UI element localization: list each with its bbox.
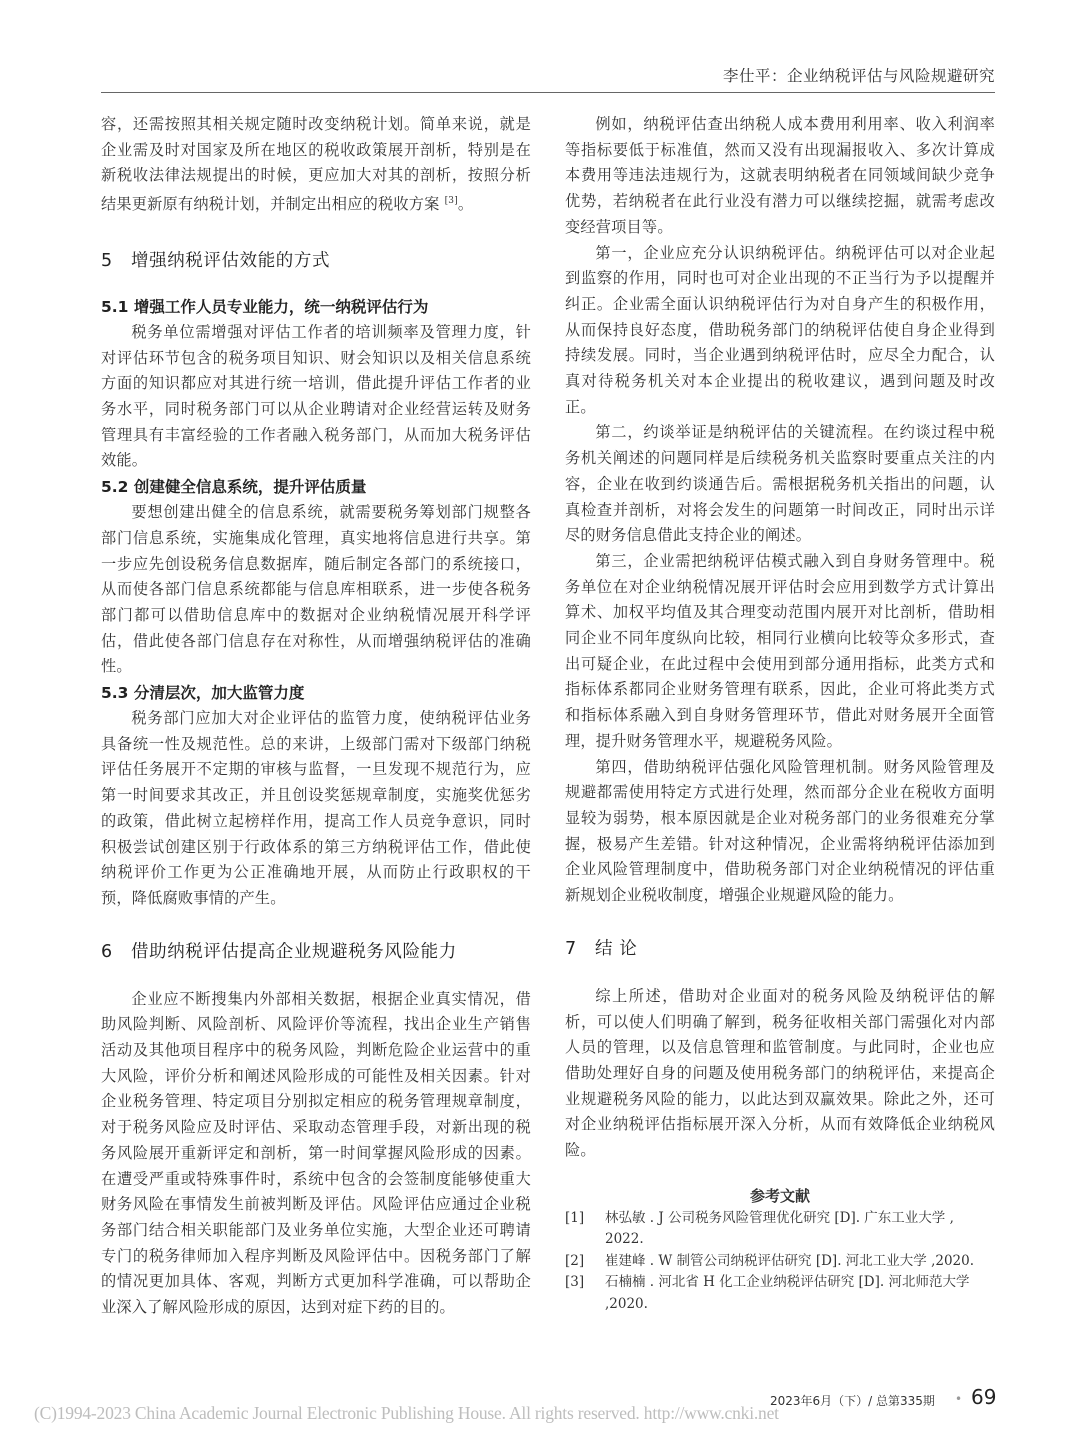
reference-item: [1] 林弘敏 . J 公司税务风险管理优化研究 [D]. 广东工业大学 , 2… [565, 1208, 995, 1251]
subsection-5-3-heading: 5.3 分清层次，加大监管力度 [101, 680, 531, 706]
page-number: 69 [971, 1385, 996, 1409]
example-paragraph: 例如，纳税评估查出纳税人成本费用利用率、收入利润率等指标要低于标准值，然而又没有… [565, 112, 995, 241]
references: 参考文献 [1] 林弘敏 . J 公司税务风险管理优化研究 [D]. 广东工业大… [565, 1184, 995, 1316]
reference-text: 崔建峰 . W 制管公司纳税评估研究 [D]. 河北工业大学 ,2020. [605, 1251, 995, 1273]
reference-item: [2] 崔建峰 . W 制管公司纳税评估研究 [D]. 河北工业大学 ,2020… [565, 1251, 995, 1273]
bullet-separator-icon: • [955, 1392, 962, 1406]
point-one-paragraph: 第一，企业应充分认识纳税评估。纳税评估可以对企业起到监察的作用，同时也可对企业出… [565, 241, 995, 421]
subsection-5-2-paragraph: 要想创建出健全的信息系统，就需要税务筹划部门规整各部门信息系统，实施集成化管理，… [101, 500, 531, 680]
right-column: 例如，纳税评估查出纳税人成本费用利用率、收入利润率等指标要低于标准值，然而又没有… [565, 112, 995, 1315]
left-column: 容，还需按照其相关规定随时改变纳税计划。简单来说，就是企业需及时对国家及所在地区… [101, 112, 531, 1321]
references-title: 参考文献 [565, 1184, 995, 1208]
section-5-heading: 5增强纳税评估效能的方式 [101, 247, 531, 272]
subsection-5-1-heading: 5.1 增强工作人员专业能力，统一纳税评估行为 [101, 294, 531, 320]
reference-text: 石楠楠 . 河北省 H 化工企业纳税评估研究 [D]. 河北师范大学 ,2020… [605, 1272, 995, 1315]
reference-index: [1] [565, 1208, 605, 1251]
running-header: 李仕平：企业纳税评估与风险规避研究 [101, 62, 995, 93]
point-four-paragraph: 第四，借助纳税评估强化风险管理机制。财务风险管理及规避都需使用特定方式进行处理，… [565, 755, 995, 909]
subsection-5-2-heading: 5.2 创建健全信息系统，提升评估质量 [101, 474, 531, 500]
issue-info: 2023年6月（下）/ 总第335期 [770, 1392, 935, 1409]
subsection-5-3-paragraph: 税务部门应加大对企业评估的监管力度，使纳税评估业务具备统一性及规范性。总的来讲，… [101, 706, 531, 912]
conclusion-paragraph: 综上所述，借助对企业面对的税务风险及纳税评估的解析，可以使人们明确了解到，税务征… [565, 984, 995, 1164]
section-6-paragraph: 企业应不断搜集内外部相关数据，根据企业真实情况，借助风险判断、风险剖析、风险评价… [101, 987, 531, 1321]
continuation-paragraph: 容，还需按照其相关规定随时改变纳税计划。简单来说，就是企业需及时对国家及所在地区… [101, 112, 531, 218]
citation[interactable]: [3] [445, 196, 458, 206]
point-two-paragraph: 第二，约谈举证是纳税评估的关键流程。在约谈过程中税务机关阐述的问题同样是后续税务… [565, 420, 995, 549]
point-three-paragraph: 第三，企业需把纳税评估模式融入到自身财务管理中。税务单位在对企业纳税情况展开评估… [565, 549, 995, 755]
copyright-watermark: (C)1994-2023 China Academic Journal Elec… [34, 1403, 779, 1424]
reference-index: [3] [565, 1272, 605, 1315]
reference-text: 林弘敏 . J 公司税务风险管理优化研究 [D]. 广东工业大学 , 2022. [605, 1208, 995, 1251]
section-6-heading: 6借助纳税评估提高企业规避税务风险能力 [101, 938, 531, 963]
section-7-heading: 7结 论 [565, 935, 995, 960]
running-title: 李仕平：企业纳税评估与风险规避研究 [723, 64, 995, 86]
subsection-5-1-paragraph: 税务单位需增强对评估工作者的培训频率及管理力度，针对评估环节包含的税务项目知识、… [101, 320, 531, 474]
reference-item: [3] 石楠楠 . 河北省 H 化工企业纳税评估研究 [D]. 河北师范大学 ,… [565, 1272, 995, 1315]
reference-index: [2] [565, 1251, 605, 1273]
